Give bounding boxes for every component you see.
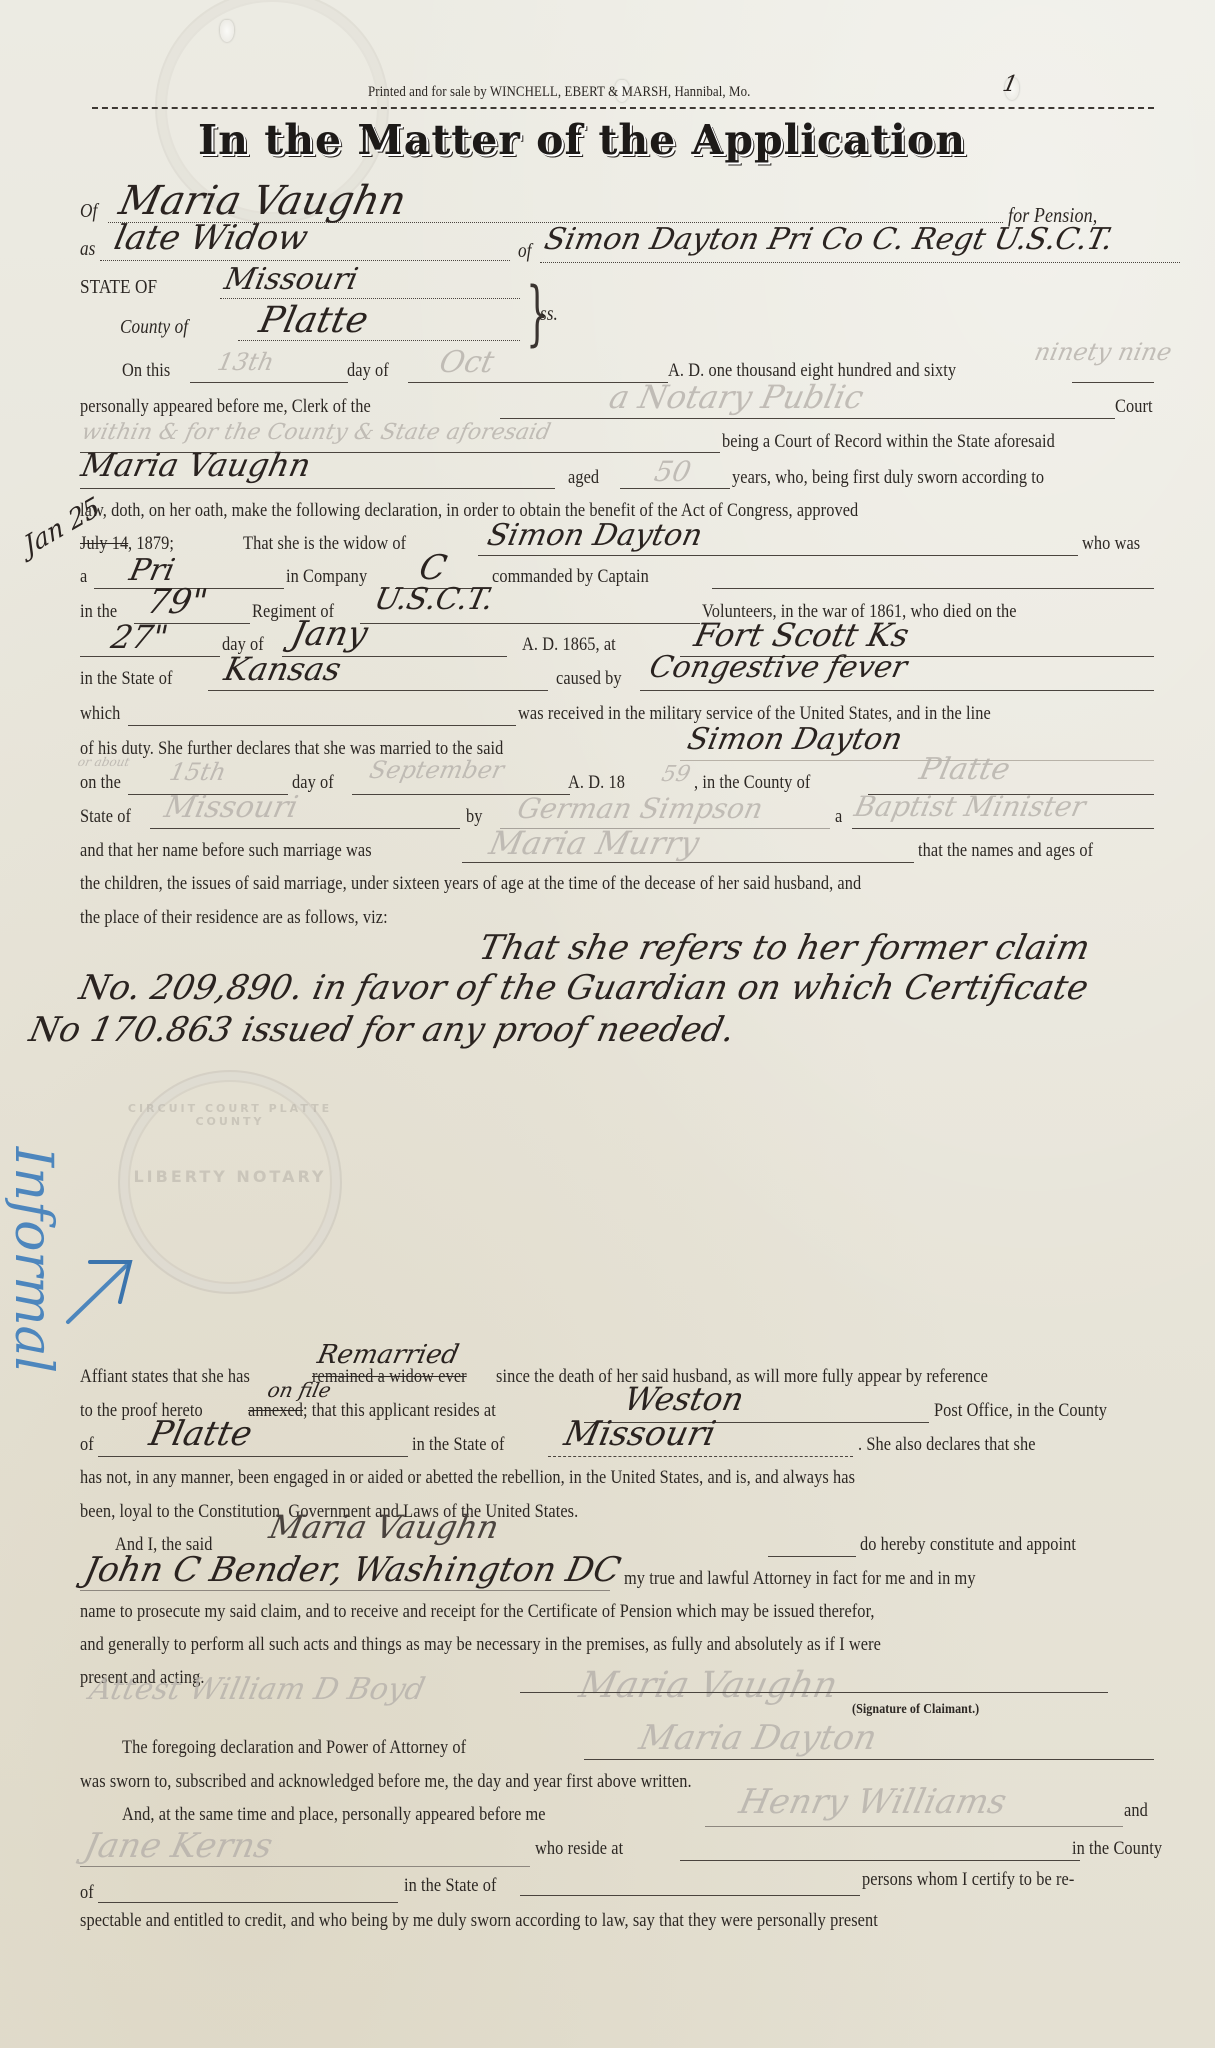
- blank-line: [680, 1860, 1080, 1861]
- husband-name: Simon Dayton: [484, 518, 705, 553]
- text: in the State of: [412, 1434, 505, 1456]
- text: in the County: [1072, 1838, 1162, 1860]
- spouse-name: Simon Dayton: [684, 722, 905, 757]
- handwritten-note-line-2: No. 209,890. in favor of the Guardian on…: [76, 968, 1092, 1008]
- blank-line: [208, 690, 548, 691]
- marriage-county: Platte: [916, 752, 1013, 787]
- of-label-2: of: [518, 240, 532, 263]
- blank-line: [548, 1456, 853, 1457]
- status-line: [100, 260, 510, 261]
- text: personally appeared before me, Clerk of …: [80, 396, 371, 418]
- text: name to prosecute my said claim, and to …: [80, 1601, 875, 1623]
- soldier-line: [540, 262, 1180, 263]
- text: State of: [80, 806, 131, 828]
- court-value: a Notary Public: [606, 378, 867, 416]
- text: And, at the same time and place, persona…: [122, 1804, 546, 1826]
- attest-pencil: Attest William D Boyd: [86, 1672, 428, 1707]
- blank-line: [98, 1456, 408, 1457]
- blank-line: [478, 555, 1078, 556]
- blank-line: [80, 656, 220, 657]
- blank-line: [768, 1556, 856, 1557]
- death-day: 27": [108, 618, 172, 656]
- struck-text: remained a widow ever: [312, 1366, 467, 1388]
- text: who was: [1082, 533, 1140, 555]
- maiden-name: Maria Murry: [486, 824, 703, 862]
- text: aged: [568, 467, 599, 489]
- text: A. D. 18: [568, 772, 625, 794]
- county-label: County of: [120, 316, 188, 339]
- text: and generally to perform all such acts a…: [80, 1634, 881, 1656]
- text: that the names and ages of: [918, 840, 1093, 862]
- blank-line: [1072, 382, 1154, 383]
- month-value: Oct: [436, 345, 497, 380]
- claimant-signature: Maria Vaughn: [576, 1665, 841, 1706]
- text: was sworn to, subscribed and acknowledge…: [80, 1771, 692, 1793]
- text: the children, the issues of said marriag…: [80, 873, 861, 895]
- witness-2: Jane Kerns: [81, 1826, 276, 1866]
- death-month: Jany: [288, 614, 372, 654]
- blank-line: [80, 1590, 610, 1591]
- declarant-name: Maria Vaughn: [78, 446, 314, 484]
- blank-line: [500, 418, 1115, 419]
- blank-line: [128, 725, 516, 726]
- county-value: Platte: [256, 300, 372, 341]
- pension-application-document: Printed and for sale by WINCHELL, EBERT …: [0, 0, 1215, 2048]
- state-line: [220, 298, 520, 299]
- text: law, doth, on her oath, make the followi…: [80, 500, 858, 522]
- text: a: [80, 566, 87, 588]
- state-value: Missouri: [221, 262, 361, 297]
- court-value-2: within & for the County & State aforesai…: [79, 420, 553, 445]
- text: spectable and entitled to credit, and wh…: [80, 1910, 878, 1932]
- text: of: [80, 1434, 94, 1456]
- applicant-status: late Widow: [111, 218, 312, 258]
- text: and: [1124, 1800, 1148, 1822]
- blank-line: [80, 488, 555, 489]
- text: by: [466, 806, 483, 828]
- text: being a Court of Record within the State…: [722, 431, 1055, 453]
- cause-of-death: Congestive fever: [646, 650, 910, 685]
- regiment-of: U.S.C.T.: [371, 582, 496, 617]
- post-office: Weston: [621, 1380, 747, 1418]
- text: the place of their residence are as foll…: [80, 907, 388, 929]
- text: and that her name before such marriage w…: [80, 840, 372, 862]
- marriage-month: September: [367, 756, 507, 784]
- text: my true and lawful Attorney in fact for …: [624, 1568, 976, 1590]
- margin-pencil-note: or about: [77, 755, 131, 769]
- handwritten-note-line-1: That she refers to her former claim: [476, 928, 1094, 968]
- text: do hereby constitute and appoint: [860, 1534, 1076, 1556]
- act-date-struck: July 14: [80, 533, 128, 555]
- text: Post Office, in the County: [934, 1400, 1107, 1422]
- text: day of: [347, 360, 389, 382]
- regiment-number: 79": [144, 582, 211, 622]
- text: a: [835, 806, 842, 828]
- struck-text: annexed: [248, 1400, 303, 1422]
- text: has not, in any manner, been engaged in …: [80, 1467, 855, 1489]
- blank-line: [584, 1759, 1154, 1760]
- soldier-description: Simon Dayton Pri Co C. Regt U.S.C.T.: [541, 222, 1116, 257]
- blank-line: [620, 488, 730, 489]
- act-year: , 1879;: [128, 533, 174, 555]
- blank-line: [98, 1902, 398, 1903]
- header-rule: [92, 107, 1154, 109]
- day-value: 13th: [215, 348, 277, 376]
- text: ; that this applicant resides at: [303, 1400, 496, 1422]
- text: A. D. 1865, at: [522, 634, 616, 656]
- seal-center-text: LIBERTY NOTARY: [120, 1167, 340, 1186]
- officiant-name: German Simpson: [514, 792, 765, 825]
- text: years, who, being first duly sworn accor…: [732, 467, 1044, 489]
- ss-label: ss.: [540, 303, 558, 326]
- attorney-name: John C Bender, Washington DC: [81, 1550, 624, 1590]
- embossed-notary-seal: CIRCUIT COURT PLATTE COUNTY LIBERTY NOTA…: [118, 1070, 342, 1294]
- text: That she is the widow of: [243, 533, 406, 555]
- marriage-state: Missouri: [161, 790, 301, 825]
- text: of: [80, 1882, 94, 1904]
- signature-line: [520, 1692, 1108, 1693]
- year-value: ninety nine: [1032, 338, 1174, 366]
- handwritten-note-line-3: No 170.863 issued for any proof needed.: [26, 1010, 739, 1050]
- text: commanded by Captain: [492, 566, 649, 588]
- blank-line: [705, 1826, 1123, 1827]
- declarant-ack-name: Maria Dayton: [636, 1718, 881, 1758]
- state-label: STATE OF: [80, 276, 157, 299]
- residence-state: Missouri: [561, 1414, 720, 1454]
- age-value: 50: [651, 455, 694, 488]
- death-state: Kansas: [221, 650, 345, 688]
- text: caused by: [556, 668, 622, 690]
- blank-line: [150, 828, 460, 829]
- claimant-name: Maria Vaughn: [266, 1508, 502, 1546]
- arrow-up-right-icon: [60, 1250, 140, 1330]
- signature-label: (Signature of Claimant.): [852, 1702, 979, 1718]
- text: in the State of: [80, 668, 173, 690]
- blank-line: [360, 623, 700, 624]
- blank-line: [680, 760, 1154, 761]
- blank-line: [712, 588, 1154, 589]
- text: Affiant states that she has: [80, 1366, 250, 1388]
- text: in Company: [286, 566, 367, 588]
- text: , in the County of: [694, 772, 810, 794]
- document-title: In the Matter of the Application: [198, 116, 966, 164]
- witness-1: Henry Williams: [736, 1782, 1010, 1822]
- text: persons whom I certify to be re-: [862, 1869, 1074, 1891]
- blank-line: [852, 828, 1154, 829]
- of-label: Of: [80, 200, 97, 223]
- officiant-title: Baptist Minister: [851, 790, 1088, 823]
- text: Court: [1115, 396, 1153, 418]
- seal-ring-text: CIRCUIT COURT PLATTE COUNTY: [120, 1102, 340, 1128]
- text: On this: [122, 360, 170, 382]
- text: on the: [80, 772, 121, 794]
- on-file-insert: on file: [265, 1378, 333, 1402]
- as-label: as: [80, 238, 95, 261]
- marriage-day: 15th: [167, 758, 229, 786]
- text: in the State of: [404, 1875, 497, 1897]
- blank-line: [80, 1866, 530, 1867]
- printer-credit: Printed and for sale by WINCHELL, EBERT …: [368, 84, 750, 101]
- text: in the: [80, 601, 117, 623]
- text: which: [80, 703, 120, 725]
- text: who reside at: [535, 1838, 623, 1860]
- blank-line: [462, 862, 914, 863]
- death-place: Fort Scott Ks: [691, 616, 912, 654]
- blank-line: [520, 1895, 860, 1896]
- marriage-year: 59: [659, 762, 692, 787]
- blank-line: [190, 382, 348, 383]
- residence-county: Platte: [146, 1414, 256, 1454]
- blank-line: [640, 690, 1154, 691]
- informal-annotation: Informal: [3, 1147, 63, 1373]
- text: The foregoing declaration and Power of A…: [122, 1737, 466, 1759]
- text: . She also declares that she: [858, 1434, 1036, 1456]
